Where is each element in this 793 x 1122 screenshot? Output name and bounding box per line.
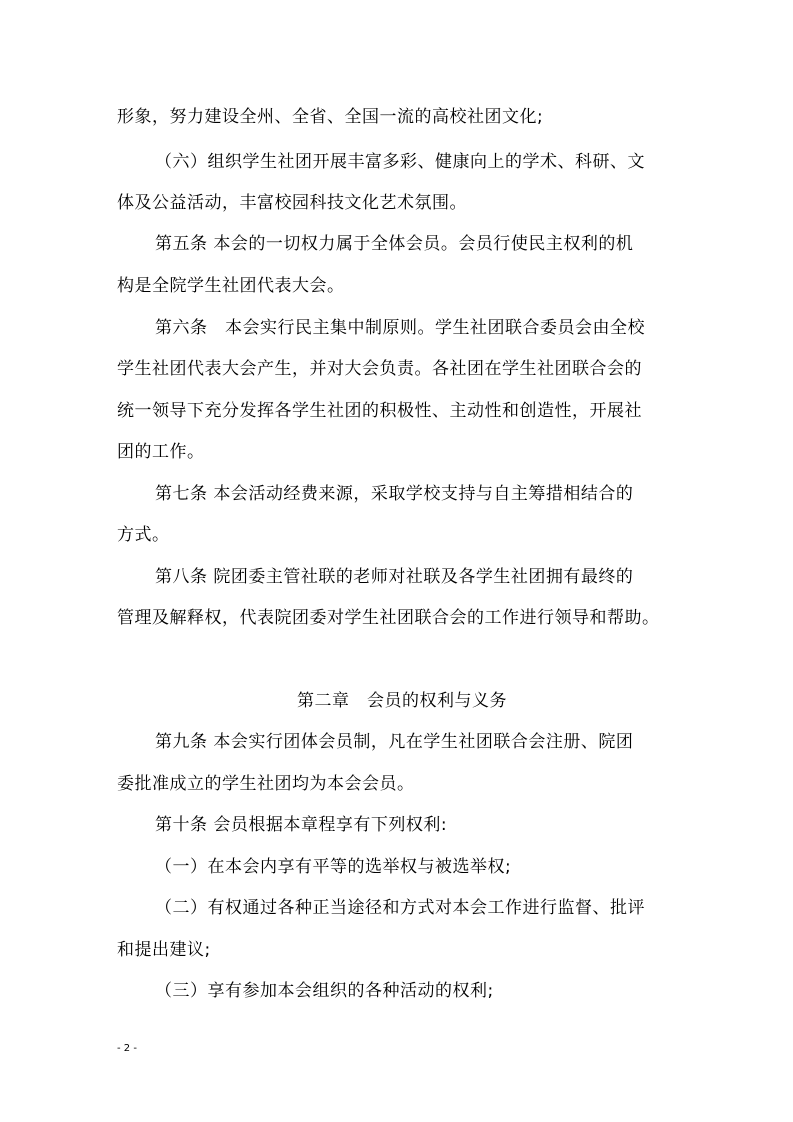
text-line: 管理及解释权，代表院团委对学生社团联合会的工作进行领导和帮助。 <box>117 608 660 628</box>
list-item: （一）在本会内享有平等的选举权与被选举权; <box>155 857 511 877</box>
text-line: 方式。 <box>117 525 170 545</box>
article-10: 第十条 会员根据本章程享有下列权利: <box>155 815 447 835</box>
text-line: 委批准成立的学生社团均为本会会员。 <box>117 774 415 794</box>
article-7: 第七条 本会活动经费来源，采取学校支持与自主筹措相结合的 <box>155 484 633 504</box>
list-item: （二）有权通过各种正当途径和方式对本会工作进行监督、批评 <box>155 898 645 918</box>
text-line: 统一领导下充分发挥各学生社团的积极性、主动性和创造性，开展社 <box>117 401 642 421</box>
text-line: 团的工作。 <box>117 442 205 462</box>
article-8: 第八条 院团委主管社联的老师对社联及各学生社团拥有最终的 <box>155 567 633 587</box>
page-number: - 2 - <box>117 1043 137 1054</box>
article-5: 第五条 本会的一切权力属于全体会员。会员行使民主权利的机 <box>155 234 633 254</box>
article-9: 第九条 本会实行团体会员制，凡在学生社团联合会注册、院团 <box>155 732 633 752</box>
article-6: 第六条 本会实行民主集中制原则。学生社团联合委员会由全校 <box>155 318 645 338</box>
text-line: 体及公益活动，丰富校园科技文化艺术氛围。 <box>117 193 467 213</box>
text-line: 构是全院学生社团代表大会。 <box>117 276 345 296</box>
chapter-heading: 第二章 会员的权利与义务 <box>297 691 507 711</box>
text-line: 和提出建议; <box>117 940 211 960</box>
text-line: 形象，努力建设全州、全省、全国一流的高校社团文化; <box>117 107 543 127</box>
text-line: 学生社团代表大会产生，并对大会负责。各社团在学生社团联合会的 <box>117 359 642 379</box>
text-line: （六）组织学生社团开展丰富多彩、健康向上的学术、科研、文 <box>155 152 645 172</box>
list-item: （三）享有参加本会组织的各种活动的权利; <box>155 981 494 1001</box>
